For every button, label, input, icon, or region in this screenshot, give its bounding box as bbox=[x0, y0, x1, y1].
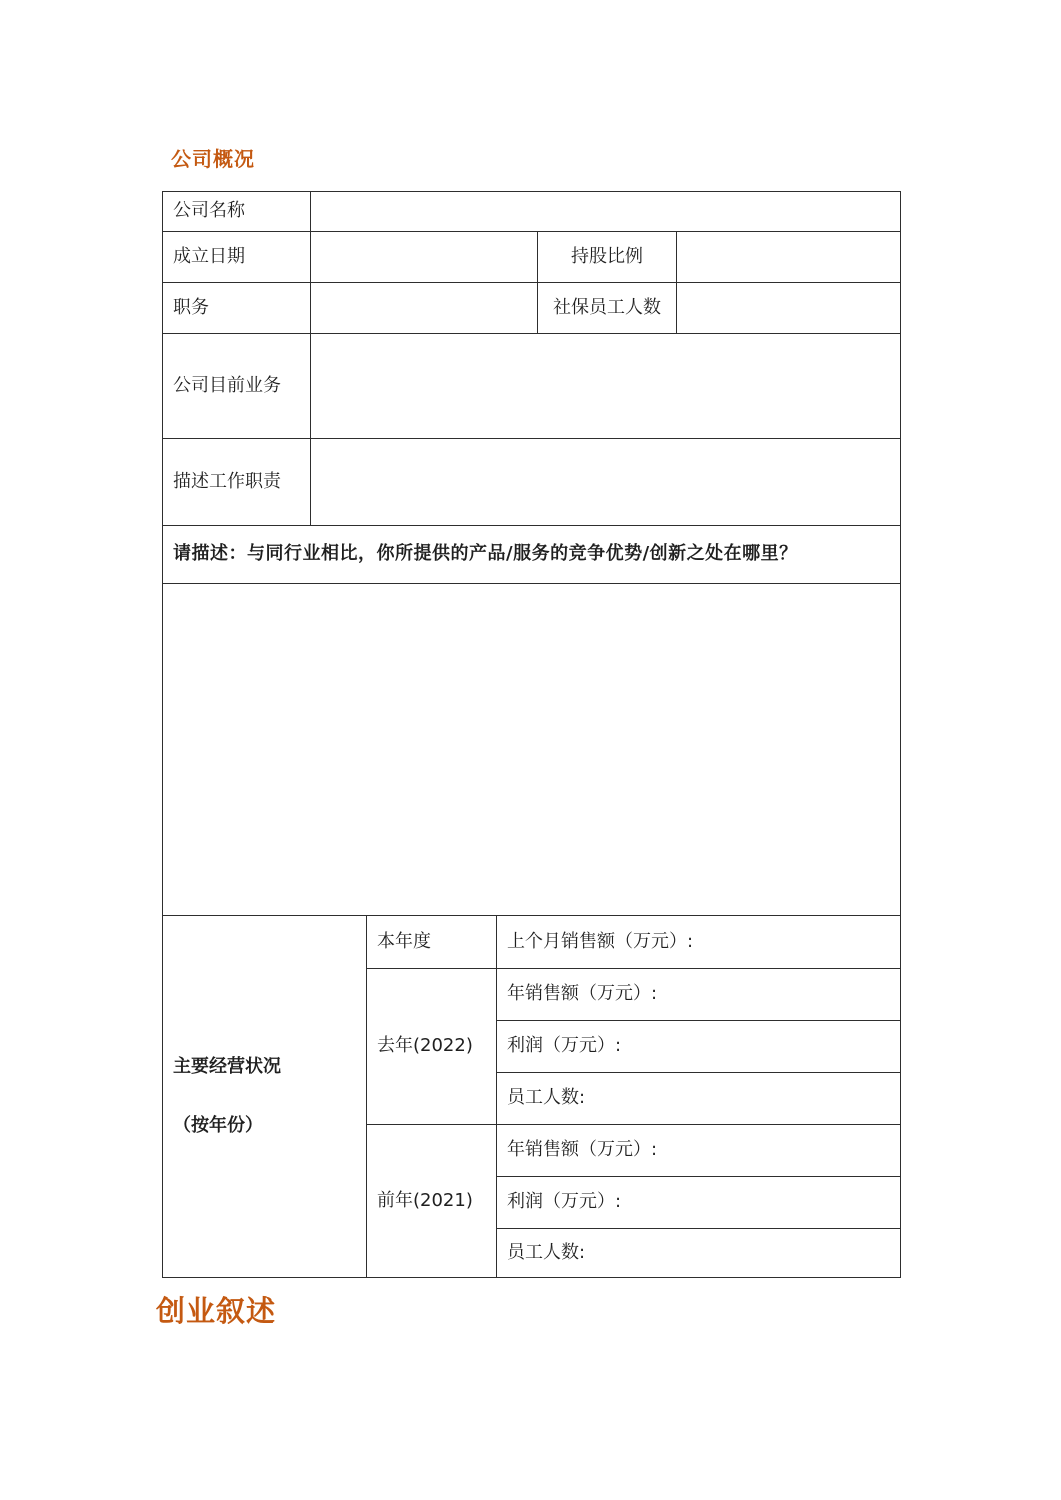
job-duties-label: 描述工作职责 bbox=[163, 439, 311, 526]
founding-date-label: 成立日期 bbox=[163, 232, 311, 283]
current-business-value-cell[interactable] bbox=[311, 334, 901, 439]
section-title-venture-narrative: 创业叙述 bbox=[156, 1289, 276, 1330]
document-page: 公司概况 公司名称 成立日期 持股比例 职务 社保员工人数 bbox=[0, 0, 1061, 1500]
year-before-last-annual-sales-cell[interactable]: 年销售额（万元）: bbox=[497, 1125, 901, 1177]
current-business-label: 公司目前业务 bbox=[163, 334, 311, 439]
year-before-last-label: 前年(2021) bbox=[367, 1125, 497, 1278]
company-name-label: 公司名称 bbox=[163, 192, 311, 232]
founding-date-value-cell[interactable] bbox=[311, 232, 538, 283]
year-before-last-profit-cell[interactable]: 利润（万元）: bbox=[497, 1177, 901, 1229]
operations-title-line2: （按年份） bbox=[173, 1114, 356, 1138]
last-year-label: 去年(2022) bbox=[367, 969, 497, 1125]
current-year-last-month-sales-cell[interactable]: 上个月销售额（万元）: bbox=[497, 916, 901, 969]
operations-title-line1: 主要经营状况 bbox=[173, 1055, 356, 1079]
current-year-label: 本年度 bbox=[367, 916, 497, 969]
shareholding-ratio-value-cell[interactable] bbox=[677, 232, 901, 283]
last-year-annual-sales-cell[interactable]: 年销售额（万元）: bbox=[497, 969, 901, 1021]
insured-employees-label: 社保员工人数 bbox=[538, 283, 677, 334]
year-before-last-employee-count-cell[interactable]: 员工人数: bbox=[497, 1229, 901, 1278]
operations-title-cell: 主要经营状况 （按年份） bbox=[163, 916, 367, 1278]
last-year-employee-count-cell[interactable]: 员工人数: bbox=[497, 1073, 901, 1125]
company-overview-table: 公司名称 成立日期 持股比例 职务 社保员工人数 公司目前业务 描述工作职责 bbox=[162, 191, 901, 1278]
position-value-cell[interactable] bbox=[311, 283, 538, 334]
company-name-value-cell[interactable] bbox=[311, 192, 901, 232]
shareholding-ratio-label: 持股比例 bbox=[538, 232, 677, 283]
position-label: 职务 bbox=[163, 283, 311, 334]
competitive-advantage-answer-cell[interactable] bbox=[163, 584, 901, 916]
job-duties-value-cell[interactable] bbox=[311, 439, 901, 526]
insured-employees-value-cell[interactable] bbox=[677, 283, 901, 334]
competitive-advantage-question: 请描述：与同行业相比，你所提供的产品/服务的竞争优势/创新之处在哪里？ bbox=[163, 526, 901, 584]
last-year-profit-cell[interactable]: 利润（万元）: bbox=[497, 1021, 901, 1073]
section-title-company-overview: 公司概况 bbox=[171, 143, 255, 172]
